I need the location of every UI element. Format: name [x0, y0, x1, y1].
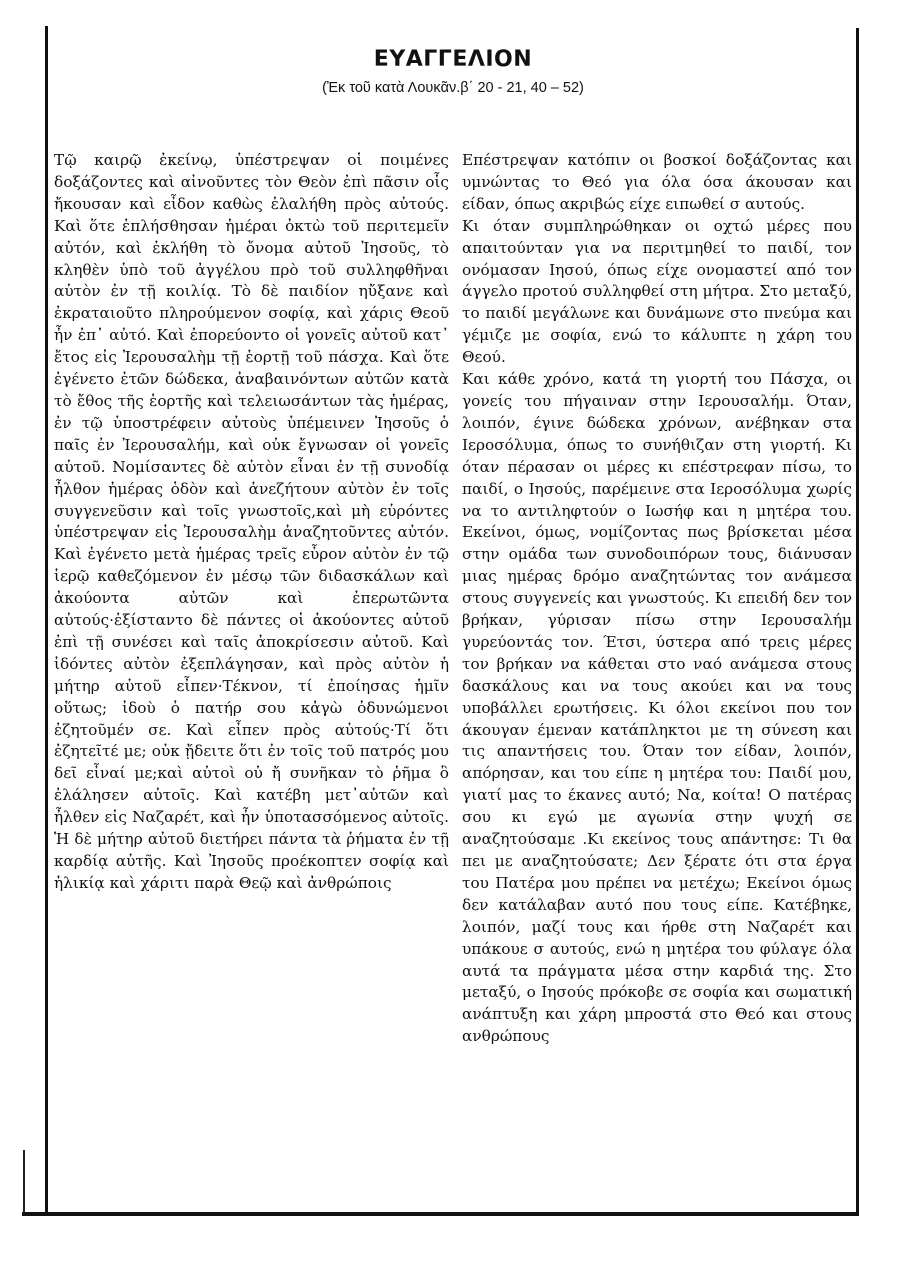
modern-greek-column: Επέστρεψαν κατόπιν οι βοσκοί δοξάζοντας …	[462, 150, 852, 1048]
modern-text-paragraph-1: Επέστρεψαν κατόπιν οι βοσκοί δοξάζοντας …	[462, 150, 852, 216]
page-border-left-outer	[23, 1150, 25, 1216]
page-border-bottom	[22, 1212, 859, 1216]
modern-text-paragraph-2: Κι όταν συμπληρώθηκαν οι οχτώ μέρες που …	[462, 216, 852, 369]
page-border-right	[856, 28, 859, 1216]
ancient-text-paragraph: Τῷ καιρῷ ἐκείνῳ, ὑπέστρεψαν οἱ ποιμένες …	[54, 150, 449, 895]
modern-text-paragraph-3: Και κάθε χρόνο, κατά τη γιορτή του Πάσχα…	[462, 369, 852, 1048]
scripture-reference: (Ἐκ τοῦ κατὰ Λουκᾶν.β΄ 20 - 21, 40 – 52)	[0, 80, 906, 96]
page-border-left	[45, 26, 48, 1216]
ancient-greek-column: Τῷ καιρῷ ἐκείνῳ, ὑπέστρεψαν οἱ ποιμένες …	[54, 150, 449, 895]
page-title: ΕΥΑΓΓΕΛΙΟΝ	[0, 47, 906, 72]
